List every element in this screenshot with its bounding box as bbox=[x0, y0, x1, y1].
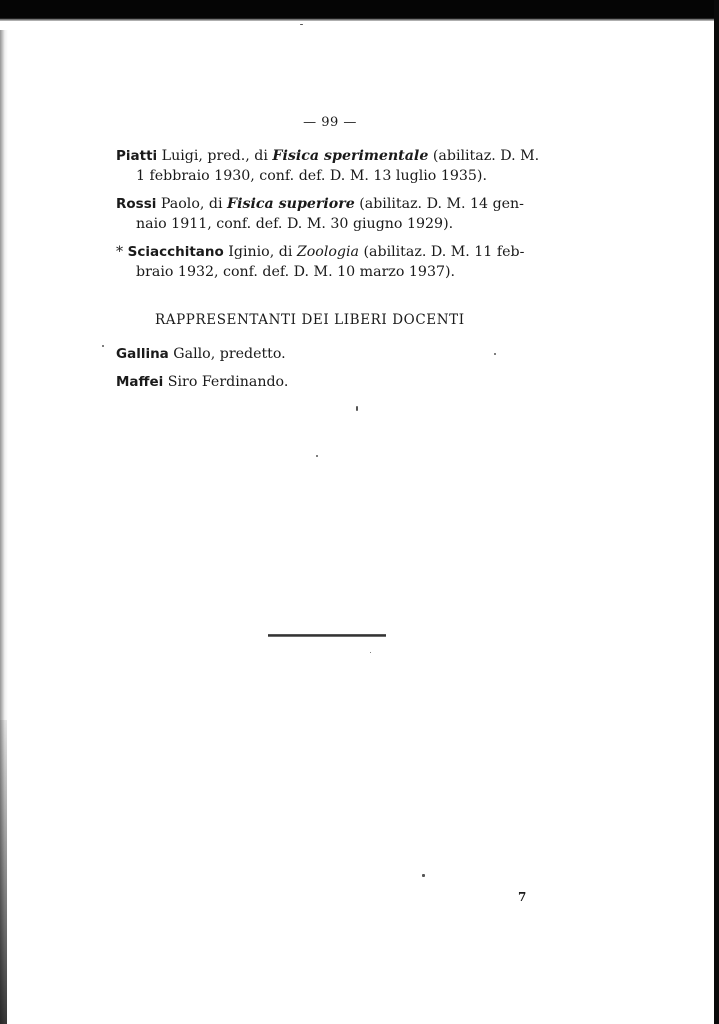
entry-subject: Zoologia bbox=[297, 244, 359, 260]
entry-piatti: Piatti Luigi, pred., di Fisica speriment… bbox=[116, 146, 546, 186]
scan-top-border-edge bbox=[0, 18, 719, 21]
scan-speck bbox=[422, 874, 425, 877]
entry-surname: Piatti bbox=[116, 148, 157, 164]
scan-top-border bbox=[0, 0, 719, 19]
representative-text: Gallo, predetto. bbox=[169, 346, 286, 362]
entry-line-2: braio 1932, conf. def. D. M. 10 marzo 19… bbox=[116, 262, 546, 282]
scan-speck bbox=[300, 24, 303, 25]
entry-text: (abilitaz. D. M. 14 gen- bbox=[355, 196, 524, 212]
scan-speck bbox=[316, 455, 318, 457]
entry-text: (abilitaz. D. M. bbox=[428, 148, 539, 164]
scan-speck bbox=[370, 652, 371, 653]
scan-left-gutter-dark bbox=[0, 720, 7, 1024]
entry-line-1: Rossi Paolo, di Fisica superiore (abilit… bbox=[116, 194, 546, 214]
scan-speck bbox=[102, 345, 104, 347]
closing-rule bbox=[268, 634, 386, 637]
entry-sciacchitano: * Sciacchitano Iginio, di Zoologia (abil… bbox=[116, 242, 546, 282]
entry-text: (abilitaz. D. M. 11 feb- bbox=[359, 244, 524, 260]
entry-text: Paolo, di bbox=[156, 196, 227, 212]
signature-mark: 7 bbox=[518, 890, 526, 904]
entry-subject: Fisica superiore bbox=[227, 196, 355, 212]
representative-text: Siro Ferdinando. bbox=[163, 374, 288, 390]
representative-maffei: Maffei Siro Ferdinando. bbox=[116, 372, 288, 392]
entry-subject: Fisica sperimentale bbox=[272, 148, 428, 164]
entry-line-2: 1 febbraio 1930, conf. def. D. M. 13 lug… bbox=[116, 166, 546, 186]
entry-line-1: * Sciacchitano Iginio, di Zoologia (abil… bbox=[116, 242, 546, 262]
entry-surname: Rossi bbox=[116, 196, 156, 212]
representative-surname: Maffei bbox=[116, 374, 163, 390]
entry-text: Luigi, pred., di bbox=[157, 148, 272, 164]
entry-surname: Sciacchitano bbox=[128, 244, 224, 260]
scan-speck bbox=[494, 353, 496, 355]
entry-marker: * bbox=[116, 244, 128, 260]
entry-rossi: Rossi Paolo, di Fisica superiore (abilit… bbox=[116, 194, 546, 234]
section-heading: RAPPRESENTANTI DEI LIBERI DOCENTI bbox=[155, 312, 555, 328]
representative-gallina: Gallina Gallo, predetto. bbox=[116, 344, 286, 364]
scan-speck bbox=[356, 406, 358, 411]
entry-line-2: naio 1911, conf. def. D. M. 30 giugno 19… bbox=[116, 214, 546, 234]
representative-surname: Gallina bbox=[116, 346, 169, 362]
scan-right-border bbox=[714, 0, 719, 1024]
entry-text: Iginio, di bbox=[224, 244, 297, 260]
entry-line-1: Piatti Luigi, pred., di Fisica speriment… bbox=[116, 146, 546, 166]
page-number: — 99 — bbox=[0, 115, 660, 130]
